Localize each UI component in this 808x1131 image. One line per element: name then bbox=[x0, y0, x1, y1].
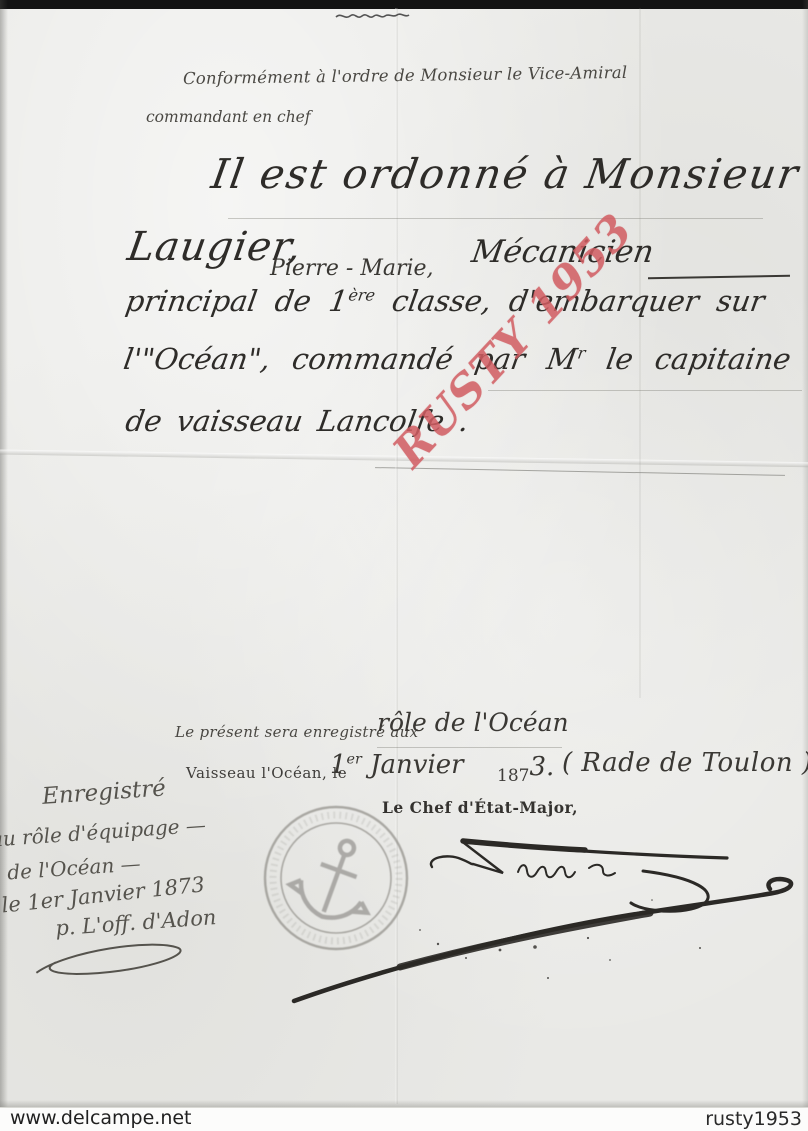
footer-site-watermark: www.delcampe.net bbox=[10, 1107, 192, 1129]
margin-registration-note: Enregistré au rôle d'équipage — de l'Océ… bbox=[0, 769, 267, 987]
margin-note-line3: de l'Océan — bbox=[6, 851, 141, 884]
scanned-naval-document: Conformément à l'ordre de Monsieur le Vi… bbox=[0, 0, 808, 1131]
footer-watermark-band: www.delcampe.net rusty1953 bbox=[0, 1107, 808, 1131]
margin-note-line2: au rôle d'équipage — bbox=[0, 813, 207, 852]
footer-seller-watermark: rusty1953 bbox=[705, 1108, 802, 1130]
